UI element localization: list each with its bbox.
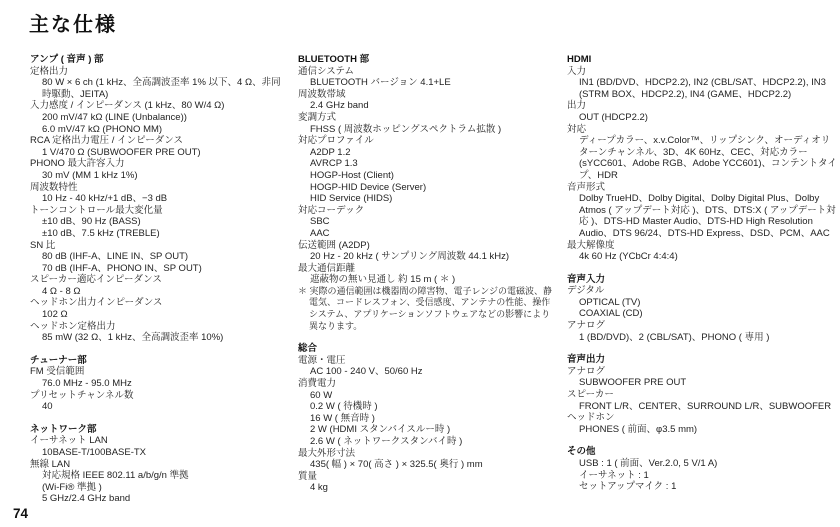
spec-section: BLUETOOTH 部通信システムBLUETOOTH バージョン 4.1+LE周… bbox=[298, 54, 553, 332]
spec-label: スピーカー bbox=[567, 389, 838, 401]
spec-value: A2DP 1.2 bbox=[298, 147, 553, 159]
spec-value: 0.2 W ( 待機時 ) bbox=[298, 401, 553, 413]
spec-label: ヘッドホン bbox=[567, 412, 838, 424]
spec-section: ネットワーク部イーサネット LAN10BASE-T/100BASE-TX無線 L… bbox=[30, 424, 286, 505]
spec-label: 入力感度 / インピーダンス (1 kHz、80 W/4 Ω) bbox=[30, 100, 286, 112]
spec-value: Dolby TrueHD、Dolby Digital、Dolby Digital… bbox=[567, 193, 838, 239]
spec-value: FRONT L/R、CENTER、SURROUND L/R、SUBWOOFER bbox=[567, 401, 838, 413]
spec-section: アンプ ( 音声 ) 部定格出力80 W × 6 ch (1 kHz、全高調波歪… bbox=[30, 54, 286, 344]
spec-value: 2.4 GHz band bbox=[298, 100, 553, 112]
spec-label: PHONO 最大許容入力 bbox=[30, 158, 286, 170]
spec-section: 音声出力アナログSUBWOOFER PRE OUTスピーカーFRONT L/R、… bbox=[567, 354, 838, 435]
spec-value: 2.6 W ( ネットワークスタンバイ時 ) bbox=[298, 436, 553, 448]
spec-value: ±10 dB、7.5 kHz (TREBLE) bbox=[30, 228, 286, 240]
section-heading: アンプ ( 音声 ) 部 bbox=[30, 54, 286, 66]
spec-value: 2 W (HDMI スタンバイスルー時 ) bbox=[298, 424, 553, 436]
spec-value: OUT (HDCP2.2) bbox=[567, 112, 838, 124]
spec-label: 入力 bbox=[567, 66, 838, 78]
spec-page: 主な仕様 アンプ ( 音声 ) 部定格出力80 W × 6 ch (1 kHz、… bbox=[0, 0, 840, 527]
spec-label: 通信システム bbox=[298, 66, 553, 78]
spec-label: イーサネット LAN bbox=[30, 435, 286, 447]
spec-value: 6.0 mV/47 kΩ (PHONO MM) bbox=[30, 124, 286, 136]
spec-label: 最大解像度 bbox=[567, 240, 838, 252]
spec-value: (Wi-Fi® 準拠 ) bbox=[30, 482, 286, 494]
spec-label: 出力 bbox=[567, 100, 838, 112]
spec-value: 40 bbox=[30, 401, 286, 413]
spec-value: SUBWOOFER PRE OUT bbox=[567, 377, 838, 389]
section-heading: 音声出力 bbox=[567, 354, 838, 366]
spec-label: SN 比 bbox=[30, 240, 286, 252]
spec-value: 1 V/470 Ω (SUBWOOFER PRE OUT) bbox=[30, 147, 286, 159]
spec-value: SBC bbox=[298, 216, 553, 228]
section-heading: BLUETOOTH 部 bbox=[298, 54, 553, 66]
spec-value: AAC bbox=[298, 228, 553, 240]
spec-section: HDMI入力IN1 (BD/DVD、HDCP2.2), IN2 (CBL/SAT… bbox=[567, 54, 838, 263]
spec-label: トーンコントロール最大変化量 bbox=[30, 205, 286, 217]
page-number: 74 bbox=[13, 506, 28, 521]
spec-value: HOGP-Host (Client) bbox=[298, 170, 553, 182]
page-title: 主な仕様 bbox=[29, 8, 117, 37]
spec-value: AC 100 - 240 V、50/60 Hz bbox=[298, 366, 553, 378]
spec-value: PHONES ( 前面、φ3.5 mm) bbox=[567, 424, 838, 436]
spec-value: 435( 幅 ) × 70( 高さ ) × 325.5( 奥行 ) mm bbox=[298, 459, 553, 471]
spec-value: 16 W ( 無音時 ) bbox=[298, 413, 553, 425]
spec-column-3: HDMI入力IN1 (BD/DVD、HDCP2.2), IN2 (CBL/SAT… bbox=[567, 54, 840, 493]
spec-value: HID Service (HIDS) bbox=[298, 193, 553, 205]
spec-label: 消費電力 bbox=[298, 378, 553, 390]
spec-value: AVRCP 1.3 bbox=[298, 158, 553, 170]
spec-value: 10 Hz - 40 kHz/+1 dB、−3 dB bbox=[30, 193, 286, 205]
spec-value: 70 dB (IHF-A、PHONO IN、SP OUT) bbox=[30, 263, 286, 275]
spec-label: スピーカー適応インピーダンス bbox=[30, 274, 286, 286]
spec-section: チューナー部FM 受信範囲76.0 MHz - 95.0 MHzプリセットチャン… bbox=[30, 355, 286, 413]
spec-section: 総合電源・電圧AC 100 - 240 V、50/60 Hz消費電力60 W0.… bbox=[298, 343, 553, 494]
spec-value: USB : 1 ( 前面、Ver.2.0, 5 V/1 A) bbox=[567, 458, 838, 470]
spec-section: その他USB : 1 ( 前面、Ver.2.0, 5 V/1 A)イーサネット … bbox=[567, 446, 838, 492]
section-heading: 音声入力 bbox=[567, 274, 838, 286]
spec-value: 1 (BD/DVD)、2 (CBL/SAT)、PHONO ( 専用 ) bbox=[567, 332, 838, 344]
spec-section: 音声入力デジタルOPTICAL (TV)COAXIAL (CD)アナログ1 (B… bbox=[567, 274, 838, 344]
spec-value: ディープカラー、x.v.Color™、リップシンク、オーディオリターンチャンネル… bbox=[567, 135, 838, 181]
spec-label: ヘッドホン出力インピーダンス bbox=[30, 297, 286, 309]
section-heading: 総合 bbox=[298, 343, 553, 355]
spec-label: 対応 bbox=[567, 124, 838, 136]
spec-value: 200 mV/47 kΩ (LINE (Unbalance)) bbox=[30, 112, 286, 124]
spec-value: 102 Ω bbox=[30, 309, 286, 321]
spec-value: 76.0 MHz - 95.0 MHz bbox=[30, 378, 286, 390]
spec-value: IN1 (BD/DVD、HDCP2.2), IN2 (CBL/SAT、HDCP2… bbox=[567, 77, 838, 100]
spec-value: 対応規格 IEEE 802.11 a/b/g/n 準拠 bbox=[30, 470, 286, 482]
spec-value: 4 kg bbox=[298, 482, 553, 494]
section-heading: その他 bbox=[567, 446, 838, 458]
spec-label: アナログ bbox=[567, 366, 838, 378]
spec-label: RCA 定格出力電圧 / インピーダンス bbox=[30, 135, 286, 147]
spec-label: 変調方式 bbox=[298, 112, 553, 124]
spec-value: OPTICAL (TV) bbox=[567, 297, 838, 309]
spec-label: 無線 LAN bbox=[30, 459, 286, 471]
spec-label: 定格出力 bbox=[30, 66, 286, 78]
spec-label: ヘッドホン定格出力 bbox=[30, 321, 286, 333]
section-heading: HDMI bbox=[567, 54, 838, 66]
spec-value: BLUETOOTH バージョン 4.1+LE bbox=[298, 77, 553, 89]
spec-footnote: ＊ 実際の通信範囲は機器間の障害物、電子レンジの電磁波、静電気、コードレスフォン… bbox=[298, 286, 553, 332]
spec-label: 対応コーデック bbox=[298, 205, 553, 217]
spec-label: アナログ bbox=[567, 320, 838, 332]
spec-label: 伝送範囲 (A2DP) bbox=[298, 240, 553, 252]
spec-label: デジタル bbox=[567, 285, 838, 297]
spec-value: FHSS ( 周波数ホッピングスペクトラム拡散 ) bbox=[298, 124, 553, 136]
spec-label: 電源・電圧 bbox=[298, 355, 553, 367]
spec-column-1: アンプ ( 音声 ) 部定格出力80 W × 6 ch (1 kHz、全高調波歪… bbox=[30, 54, 298, 505]
spec-value: 80 dB (IHF-A、LINE IN、SP OUT) bbox=[30, 251, 286, 263]
section-heading: チューナー部 bbox=[30, 355, 286, 367]
spec-label: 音声形式 bbox=[567, 182, 838, 194]
section-heading: ネットワーク部 bbox=[30, 424, 286, 436]
spec-column-2: BLUETOOTH 部通信システムBLUETOOTH バージョン 4.1+LE周… bbox=[298, 54, 567, 494]
spec-columns: アンプ ( 音声 ) 部定格出力80 W × 6 ch (1 kHz、全高調波歪… bbox=[30, 54, 840, 505]
spec-value: 遮蔽物の無い見通し 約 15 m ( ＊ ) bbox=[298, 274, 553, 286]
spec-label: 最大通信距離 bbox=[298, 263, 553, 275]
spec-value: イーサネット : 1 bbox=[567, 470, 838, 482]
spec-value: 10BASE-T/100BASE-TX bbox=[30, 447, 286, 459]
spec-value: 80 W × 6 ch (1 kHz、全高調波歪率 1% 以下、4 Ω、非同時駆… bbox=[30, 77, 286, 100]
spec-label: プリセットチャンネル数 bbox=[30, 390, 286, 402]
spec-value: 5 GHz/2.4 GHz band bbox=[30, 493, 286, 505]
spec-label: 周波数帯域 bbox=[298, 89, 553, 101]
spec-label: FM 受信範囲 bbox=[30, 366, 286, 378]
spec-label: 最大外形寸法 bbox=[298, 448, 553, 460]
spec-label: 対応プロファイル bbox=[298, 135, 553, 147]
spec-value: COAXIAL (CD) bbox=[567, 308, 838, 320]
spec-value: 4k 60 Hz (YCbCr 4:4:4) bbox=[567, 251, 838, 263]
spec-value: 60 W bbox=[298, 390, 553, 402]
spec-value: HOGP-HID Device (Server) bbox=[298, 182, 553, 194]
spec-value: 20 Hz - 20 kHz ( サンプリング周波数 44.1 kHz) bbox=[298, 251, 553, 263]
spec-value: 4 Ω - 8 Ω bbox=[30, 286, 286, 298]
spec-value: 30 mV (MM 1 kHz 1%) bbox=[30, 170, 286, 182]
spec-label: 周波数特性 bbox=[30, 182, 286, 194]
spec-label: 質量 bbox=[298, 471, 553, 483]
spec-value: 85 mW (32 Ω、1 kHz、全高調波歪率 10%) bbox=[30, 332, 286, 344]
spec-value: セットアップマイク : 1 bbox=[567, 481, 838, 493]
spec-value: ±10 dB、90 Hz (BASS) bbox=[30, 216, 286, 228]
